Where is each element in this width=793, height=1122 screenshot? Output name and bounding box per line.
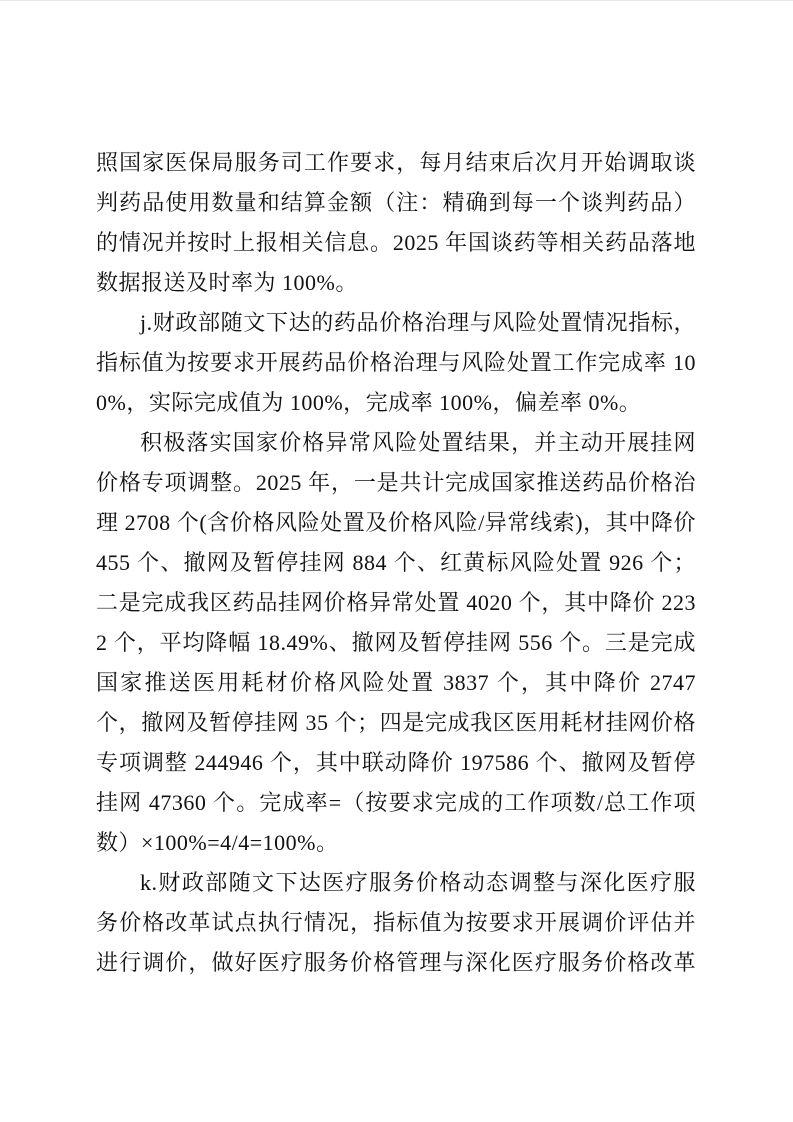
paragraph-item-j: j.财政部随文下达的药品价格治理与风险处置情况指标，指标值为按要求开展药品价格治… (96, 303, 696, 423)
paragraph-item-k: k.财政部随文下达医疗服务价格动态调整与深化医疗服务价格改革试点执行情况，指标值… (96, 863, 696, 983)
paragraph-price-governance-results: 积极落实国家价格异常风险处置结果，并主动开展挂网价格专项调整。2025 年，一是… (96, 423, 696, 863)
paragraph-continuation: 照国家医保局服务司工作要求，每月结束后次月开始调取谈判药品使用数量和结算金额（注… (96, 143, 696, 303)
document-page: 照国家医保局服务司工作要求，每月结束后次月开始调取谈判药品使用数量和结算金额（注… (0, 0, 793, 1122)
page-text-block: 照国家医保局服务司工作要求，每月结束后次月开始调取谈判药品使用数量和结算金额（注… (96, 143, 696, 983)
